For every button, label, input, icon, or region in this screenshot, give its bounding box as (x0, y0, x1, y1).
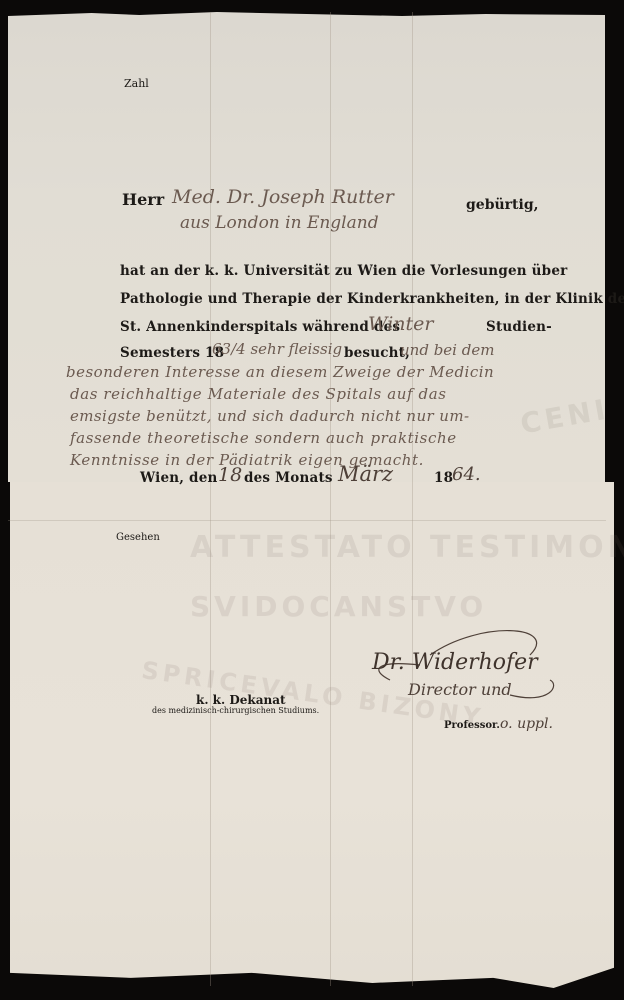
office-title: k. k. Dekanat (196, 693, 286, 707)
number-label: Zahl (124, 77, 149, 90)
fold-line (330, 12, 331, 986)
date-year: 64. (452, 464, 481, 485)
professor-suffix: o. uppl. (500, 716, 553, 732)
watermark-text: SVIDOCANSTVO (190, 590, 487, 623)
handwritten-line: emsigste benützt, und sich dadurch nicht… (70, 407, 469, 425)
body-line: Semesters 18 (120, 345, 224, 361)
body-line: Pathologie und Therapie der Kinderkrankh… (120, 291, 624, 307)
handwritten-line: fassende theoretische sondern auch prakt… (70, 429, 457, 447)
fold-line (8, 520, 606, 521)
date-month-label: des Monats (244, 470, 333, 486)
office-subtitle: des medizinisch-chirurgischen Studiums. (152, 706, 319, 715)
recipient-name: Med. Dr. Joseph Rutter (172, 186, 394, 208)
fold-line (412, 12, 413, 986)
date-year-prefix: 18 (434, 470, 453, 486)
year-fill: 63/4 sehr fleissig (212, 340, 342, 358)
body-line: hat an der k. k. Universität zu Wien die… (120, 263, 567, 279)
handwritten-line: das reichhaltige Materiale des Spitals a… (70, 385, 447, 403)
recipient-birthplace: aus London in England (180, 213, 379, 233)
handwritten-line: und bei dem (400, 341, 494, 359)
professor-label: Professor. (444, 720, 500, 731)
watermark-text: ATTESTATO TESTIMONIU (190, 530, 624, 565)
salutation: Herr (122, 190, 164, 209)
date-day: 18 (218, 464, 242, 486)
handwritten-line: besonderen Interesse an diesem Zweige de… (66, 363, 494, 381)
signature: Dr. Widerhofer (372, 650, 538, 675)
date-city: Wien, den (140, 470, 218, 486)
semester-name: Winter (368, 313, 433, 335)
signature-role: Director und (408, 680, 512, 699)
seen-label: Gesehen (116, 532, 160, 543)
born-label: gebürtig, (466, 197, 539, 213)
date-month: März (338, 462, 393, 486)
fold-line (210, 12, 211, 986)
body-line: St. Annenkinderspitals während des (120, 319, 400, 335)
body-line: Studien- (486, 319, 552, 335)
